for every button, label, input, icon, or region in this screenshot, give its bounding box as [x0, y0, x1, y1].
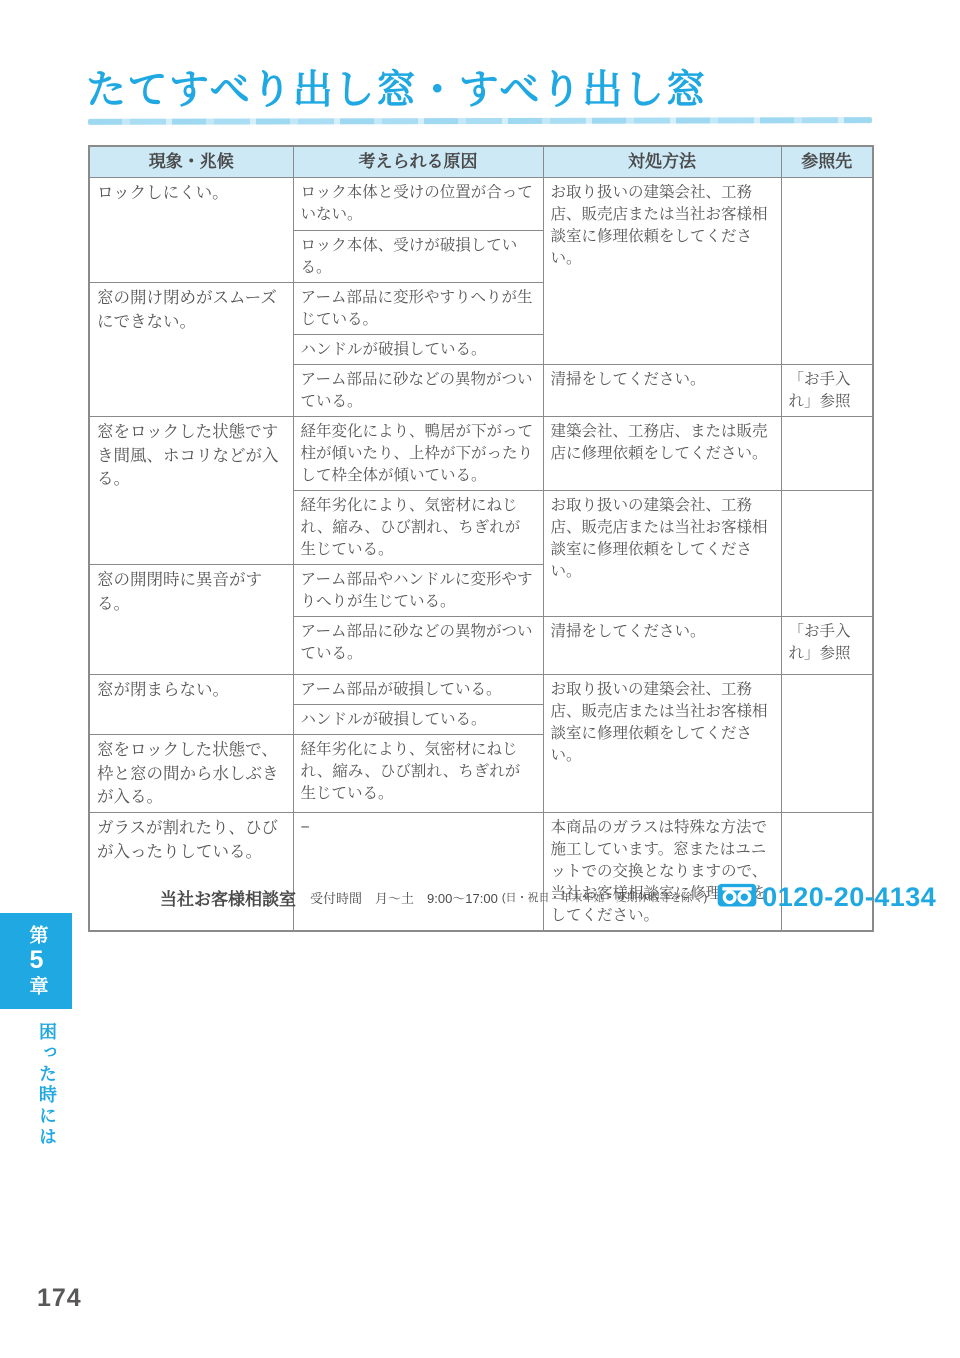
troubleshooting-table: 現象・兆候 考えられる原因 対処方法 参照先 ロックしにくい。 ロック本体と受け…	[88, 145, 874, 932]
cell-remedy: お取り扱いの建築会社、工務店、販売店または当社お客様相談室に修理依頼をしてくださ…	[543, 491, 781, 617]
cell-remedy: 清掃をしてください。	[543, 365, 781, 417]
page-title: たてすべり出し窓・すべり出し窓	[86, 58, 707, 115]
cell-phenomenon: 窓をロックした状態で、枠と窓の間から水しぶきが入る。	[89, 735, 293, 813]
cell-phenomenon: ロックしにくい。	[89, 178, 293, 283]
chapter-prefix: 第	[27, 925, 48, 946]
table-row: ロックしにくい。 ロック本体と受けの位置が合っていない。 お取り扱いの建築会社、…	[89, 178, 873, 231]
cell-reference	[781, 491, 873, 617]
support-hours-note: (日・祝日・年末年始・夏期休暇等を除く)	[502, 889, 707, 905]
cell-cause: ハンドルが破損している。	[293, 335, 543, 365]
chapter-number: 5	[23, 946, 51, 976]
column-header-phenomenon: 現象・兆候	[89, 146, 293, 178]
table-row: 窓が閉まらない。 アーム部品が破損している。 お取り扱いの建築会社、工務店、販売…	[89, 675, 873, 705]
chapter-tab: 第5章	[0, 913, 72, 1009]
cell-reference: 「お手入れ」参照	[781, 365, 873, 417]
table-header-row: 現象・兆候 考えられる原因 対処方法 参照先	[89, 146, 873, 178]
cell-remedy: お取り扱いの建築会社、工務店、販売店または当社お客様相談室に修理依頼をしてくださ…	[543, 675, 781, 813]
chapter-label: 第5章	[24, 925, 49, 997]
cell-cause: ハンドルが破損している。	[293, 705, 543, 735]
title-underline-brush	[88, 117, 872, 125]
freedial-icon	[717, 881, 757, 913]
cell-cause: アーム部品が破損している。	[293, 675, 543, 705]
support-hours: 受付時間 月〜土 9:00〜17:00	[310, 888, 498, 907]
cell-cause: アーム部品に砂などの異物がついている。	[293, 617, 543, 675]
toll-free-number: 0120-20-4134	[762, 882, 936, 913]
cell-cause: 経年変化により、鴨居が下がって柱が傾いたり、上枠が下がったりして枠全体が傾いてい…	[293, 417, 543, 491]
column-header-reference: 参照先	[781, 146, 873, 178]
cell-cause: アーム部品に変形やすりへりが生じている。	[293, 283, 543, 335]
cell-reference	[781, 675, 873, 813]
cell-remedy: 建築会社、工務店、または販売店に修理依頼をしてください。	[543, 417, 781, 491]
cell-reference	[781, 178, 873, 365]
cell-reference	[781, 417, 873, 491]
cell-cause: ロック本体、受けが破損している。	[293, 231, 543, 283]
cell-cause: アーム部品に砂などの異物がついている。	[293, 365, 543, 417]
page-number: 174	[37, 1284, 82, 1313]
cell-cause: 経年劣化により、気密材にねじれ、縮み、ひび割れ、ちぎれが生じている。	[293, 735, 543, 813]
cell-phenomenon: 窓の開け閉めがスムーズにできない。	[89, 283, 293, 417]
cell-cause: アーム部品やハンドルに変形やすりへりが生じている。	[293, 565, 543, 617]
table-row: 窓をロックした状態ですき間風、ホコリなどが入る。 経年変化により、鴨居が下がって…	[89, 417, 873, 491]
cell-remedy: 清掃をしてください。	[543, 617, 781, 675]
cell-phenomenon: 窓をロックした状態ですき間風、ホコリなどが入る。	[89, 417, 293, 565]
sidebar-section-label: 困った時には	[34, 1022, 60, 1148]
chapter-suffix: 章	[27, 976, 48, 997]
cell-reference: 「お手入れ」参照	[781, 617, 873, 675]
customer-support-line: 当社お客様相談室 受付時間 月〜土 9:00〜17:00 (日・祝日・年末年始・…	[160, 879, 876, 915]
cell-phenomenon: 窓の開閉時に異音がする。	[89, 565, 293, 675]
cell-cause: ロック本体と受けの位置が合っていない。	[293, 178, 543, 231]
support-office-label: 当社お客様相談室	[160, 885, 296, 910]
cell-cause: 経年劣化により、気密材にねじれ、縮み、ひび割れ、ちぎれが生じている。	[293, 491, 543, 565]
cell-phenomenon: 窓が閉まらない。	[89, 675, 293, 735]
cell-remedy: お取り扱いの建築会社、工務店、販売店または当社お客様相談室に修理依頼をしてくださ…	[543, 178, 781, 365]
column-header-remedy: 対処方法	[543, 146, 781, 178]
column-header-cause: 考えられる原因	[293, 146, 543, 178]
